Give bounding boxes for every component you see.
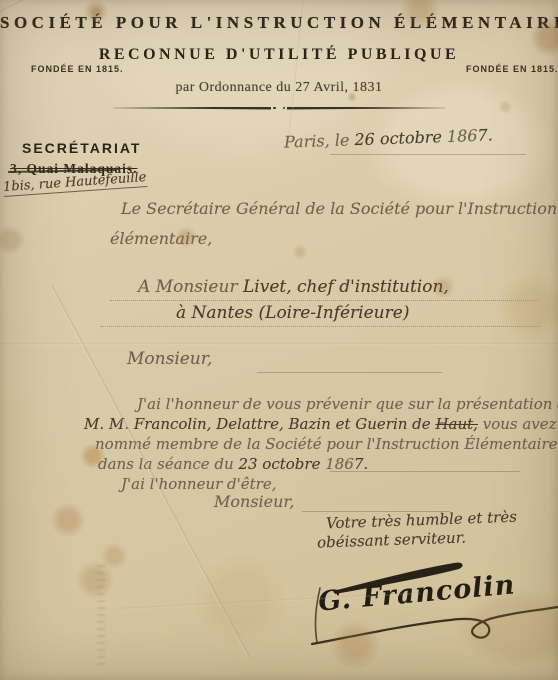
- dateline-year-printed: 186: [447, 126, 478, 146]
- header-divider: [113, 105, 445, 111]
- closing-line-2: Monsieur,: [214, 492, 294, 511]
- salutation-rule: [257, 372, 442, 373]
- addressee-name: Livet, chef d'institution,: [243, 277, 449, 297]
- dateline-day: 26 octobre: [354, 127, 442, 149]
- names-handwritten: Francolin, Delattre, Bazin et Guerin de: [134, 415, 431, 433]
- divider-left-rule: [113, 107, 271, 110]
- dateline-printed-prefix: Paris, le: [284, 130, 350, 151]
- addressee-city: à Nantes (Loire-Inférieure): [176, 303, 409, 323]
- letter-page: SOCIÉTÉ POUR L'INSTRUCTION ÉLÉMENTAIRE R…: [0, 0, 558, 680]
- paragraph-line-3: nommé membre de la Société pour l'Instru…: [95, 435, 558, 453]
- dateline-rule: [330, 154, 526, 155]
- divider-dots: [271, 107, 287, 110]
- recognition-subtitle: RECONNUE D'UTILITÉ PUBLIQUE: [0, 46, 558, 64]
- seance-prefix: dans la séance du: [98, 455, 234, 473]
- addressee-city-rule: [100, 326, 540, 327]
- divider-right-rule: [287, 107, 445, 110]
- valediction-line-2: obéissant serviteur.: [317, 528, 467, 551]
- founded-left-label: FONDÉE EN 1815.: [31, 64, 124, 74]
- sender-line-2: élémentaire,: [110, 229, 212, 248]
- society-title: SOCIÉTÉ POUR L'INSTRUCTION ÉLÉMENTAIRE: [0, 13, 558, 33]
- seance-rule: [330, 471, 520, 472]
- paragraph-line-1: J'ai l'honneur de vous prévenir que sur …: [137, 395, 558, 413]
- dateline: Paris, le 26 octobre 1867.: [284, 125, 493, 151]
- secretariat-label: SECRÉTARIAT: [22, 140, 141, 156]
- signature-name: G. Francolin: [317, 569, 516, 617]
- dateline-year-digit: 7.: [477, 125, 493, 145]
- addressee-prefix: A Monsieur: [138, 277, 238, 297]
- sender-line-1: Le Secrétaire Général de la Société pour…: [121, 199, 557, 218]
- ordonnance-line: par Ordonnance du 27 Avril, 1831: [0, 80, 558, 96]
- paragraph-line-2: M. M. Francolin, Delattre, Bazin et Guer…: [84, 415, 558, 433]
- addressee-rule: [110, 300, 538, 301]
- names-printed-suffix: vous avez été: [483, 415, 558, 433]
- names-prefix: M. M.: [84, 415, 129, 433]
- founded-right-label: FONDÉE EN 1815.: [466, 64, 558, 74]
- addressee-line: A Monsieur Livet, chef d'institution,: [138, 277, 449, 297]
- seance-date: 23 octobre: [238, 455, 320, 473]
- paper-fold-line: [0, 343, 558, 345]
- ink-bleedthrough-marks: [97, 565, 105, 665]
- salutation: Monsieur,: [127, 349, 212, 369]
- names-struck-word: Haut,: [435, 415, 477, 433]
- closing-line-1: J'ai l'honneur d'être,: [121, 475, 277, 493]
- seance-line: dans la séance du 23 octobre 1867.: [98, 455, 368, 473]
